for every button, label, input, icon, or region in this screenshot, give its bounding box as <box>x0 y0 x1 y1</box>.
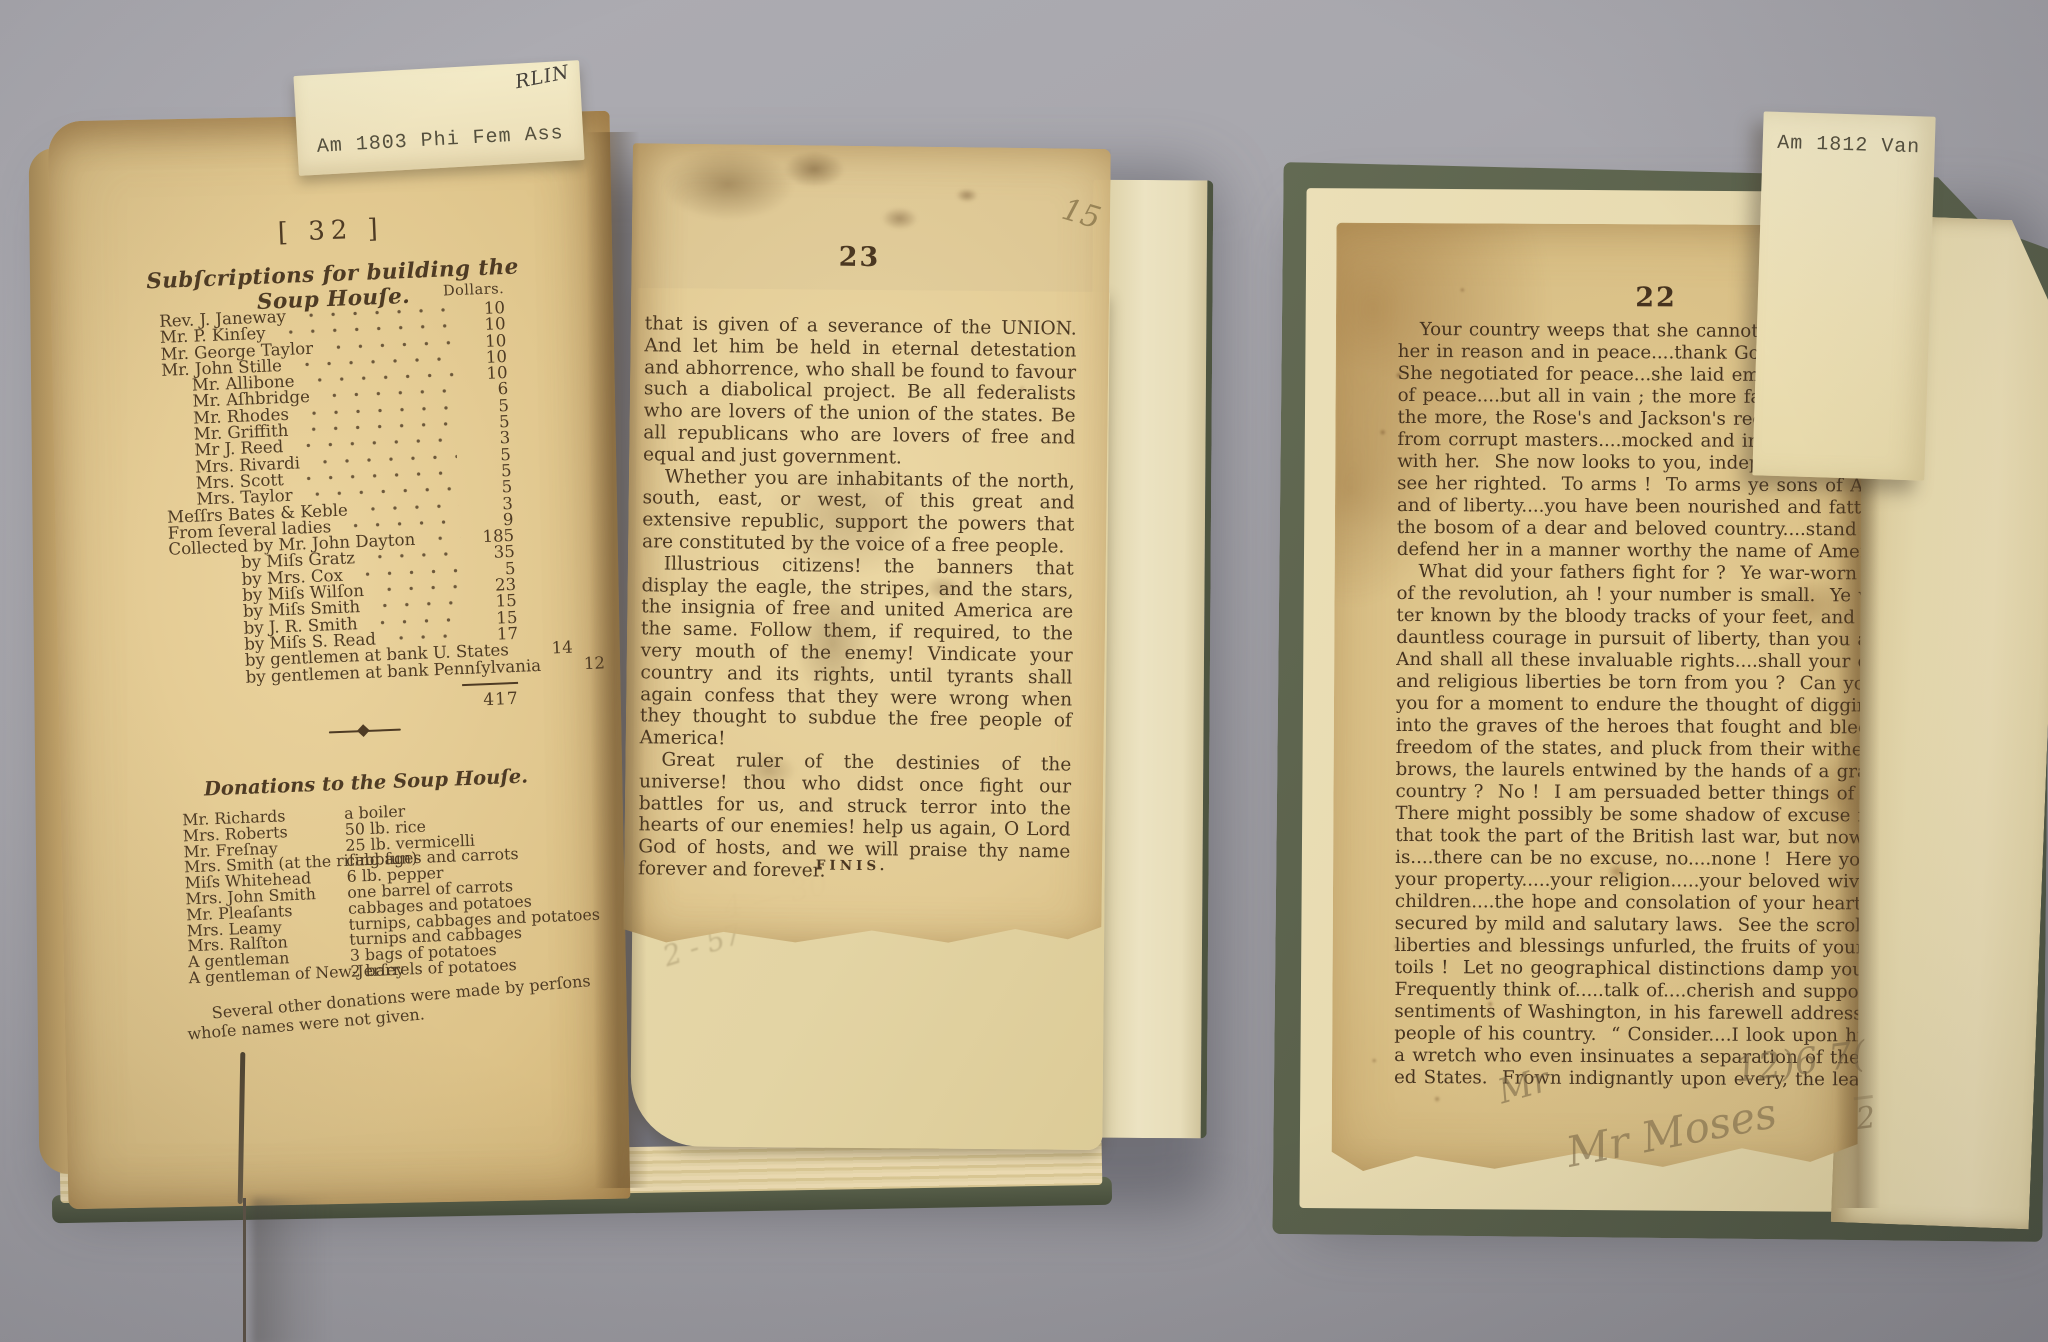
handwritten-page-annotation: 15 <box>1058 192 1105 236</box>
text-line: secured by mild and salutary laws. See t… <box>1395 913 1863 938</box>
text-line: is....there can be no excuse, no....none… <box>1395 847 1862 872</box>
dot-leader <box>370 598 463 612</box>
total-rule <box>462 682 518 686</box>
page-22-number: 22 <box>1586 282 1726 314</box>
subscriptions-total: 417 <box>483 689 519 710</box>
right-tab-label: Am 1812 Van <box>1762 131 1935 159</box>
text-line: into the graves of the heroes that fough… <box>1396 715 1863 740</box>
page-32: [ 32 ] Subſcriptions for building the So… <box>48 111 631 1210</box>
text-line: What did your fathers fight for ? Ye war… <box>1397 561 1863 586</box>
text-line: and of liberty....you have been nourishe… <box>1397 495 1863 520</box>
section-divider-ornament <box>329 726 401 737</box>
dot-leader <box>374 582 463 596</box>
text-line: the bosom of a dear and beloved country.… <box>1397 517 1863 542</box>
dot-leader <box>353 566 462 580</box>
dot-leader <box>358 501 460 515</box>
dot-leader <box>341 517 460 532</box>
bookmark-thread-lower <box>243 1198 246 1342</box>
paragraph: that is given of a severance of the UNIO… <box>643 313 1077 471</box>
text-line: you for a moment to endure the thought o… <box>1396 693 1863 718</box>
text-line: defend her in a manner worthy the name o… <box>1397 539 1863 564</box>
thread-shadow <box>252 1198 330 1342</box>
page-23-number: 23 <box>643 239 1075 275</box>
left-tab-handwritten-note: RLIN <box>513 61 571 93</box>
left-book-gutter-shadow <box>585 132 648 1188</box>
text-line: country ? No ! I am persuaded better thi… <box>1395 781 1862 806</box>
text-line: liberties and blessings unfurled, the fr… <box>1395 935 1863 960</box>
subscription-rows: Rev. J. Janeway 10 Mr. P. Kinſey 10 Mr. <box>159 300 520 688</box>
text-line: and religious liberties be torn from you… <box>1396 671 1862 696</box>
dot-leader <box>365 549 461 563</box>
text-line: freedom of the states, and pluck from th… <box>1396 737 1863 762</box>
text-line: And shall all these invaluable rights...… <box>1396 649 1862 674</box>
donations-list: Donations to the Soup Houſe. Mr. Richard… <box>181 762 581 778</box>
donation-item: 2 barrels of potatoes <box>350 957 517 979</box>
page-23: 15 23 that is given of a severance of th… <box>623 143 1111 951</box>
text-line: ter known by the bloody tracks of your f… <box>1396 605 1862 630</box>
text-line: children....the hope and consolation of … <box>1395 891 1863 916</box>
text-line: sentiments of Washington, in his farewel… <box>1394 1001 1862 1026</box>
donation-rows: Mr. Richards a boiler Mrs. Roberts 50 lb… <box>182 796 589 986</box>
page-32-content: [ 32 ] Subſcriptions for building the So… <box>36 105 641 1215</box>
text-line: toils ! Let no geographical distinctions… <box>1395 957 1863 982</box>
text-line: Frequently think of.....talk of....cheri… <box>1394 979 1862 1004</box>
left-tab-label: Am 1803 Phi Fem Ass <box>297 121 584 160</box>
right-archival-tab: Am 1812 Van <box>1752 111 1935 480</box>
text-line: see her righted. To arms ! To arms ye so… <box>1397 473 1862 498</box>
paragraph: Whether you are inhabitants of the north… <box>642 466 1075 558</box>
dot-leader <box>323 338 453 353</box>
left-archival-tab: Am 1803 Phi Fem Ass RLIN <box>293 60 584 176</box>
text-line: your property.....your religion.....your… <box>1395 869 1862 894</box>
currency-header: Dollars. <box>443 281 505 299</box>
text-line: brows, the laurels entwined by the hands… <box>1396 759 1863 784</box>
page-23-text: that is given of a severance of the UNIO… <box>638 313 1077 885</box>
paragraph: Illustrious citizens! the banners that d… <box>640 553 1074 754</box>
donations-title: Donations to the Soup Houſe. <box>201 764 532 800</box>
text-line: dauntless courage in pursuit of liberty,… <box>1396 627 1862 652</box>
dot-leader <box>425 533 460 544</box>
text-line: that took the part of the British last w… <box>1395 825 1862 850</box>
photo-of-two-open-books: 4 — 30 2 - 57 [ 32 ] Subſcriptions for b… <box>0 0 2048 1342</box>
text-line: of the revolution, ah ! your number is s… <box>1396 583 1862 608</box>
dot-leader <box>367 615 463 629</box>
text-line: There might possibly be some shadow of e… <box>1395 803 1862 828</box>
page-32-number: [ 32 ] <box>140 208 521 253</box>
